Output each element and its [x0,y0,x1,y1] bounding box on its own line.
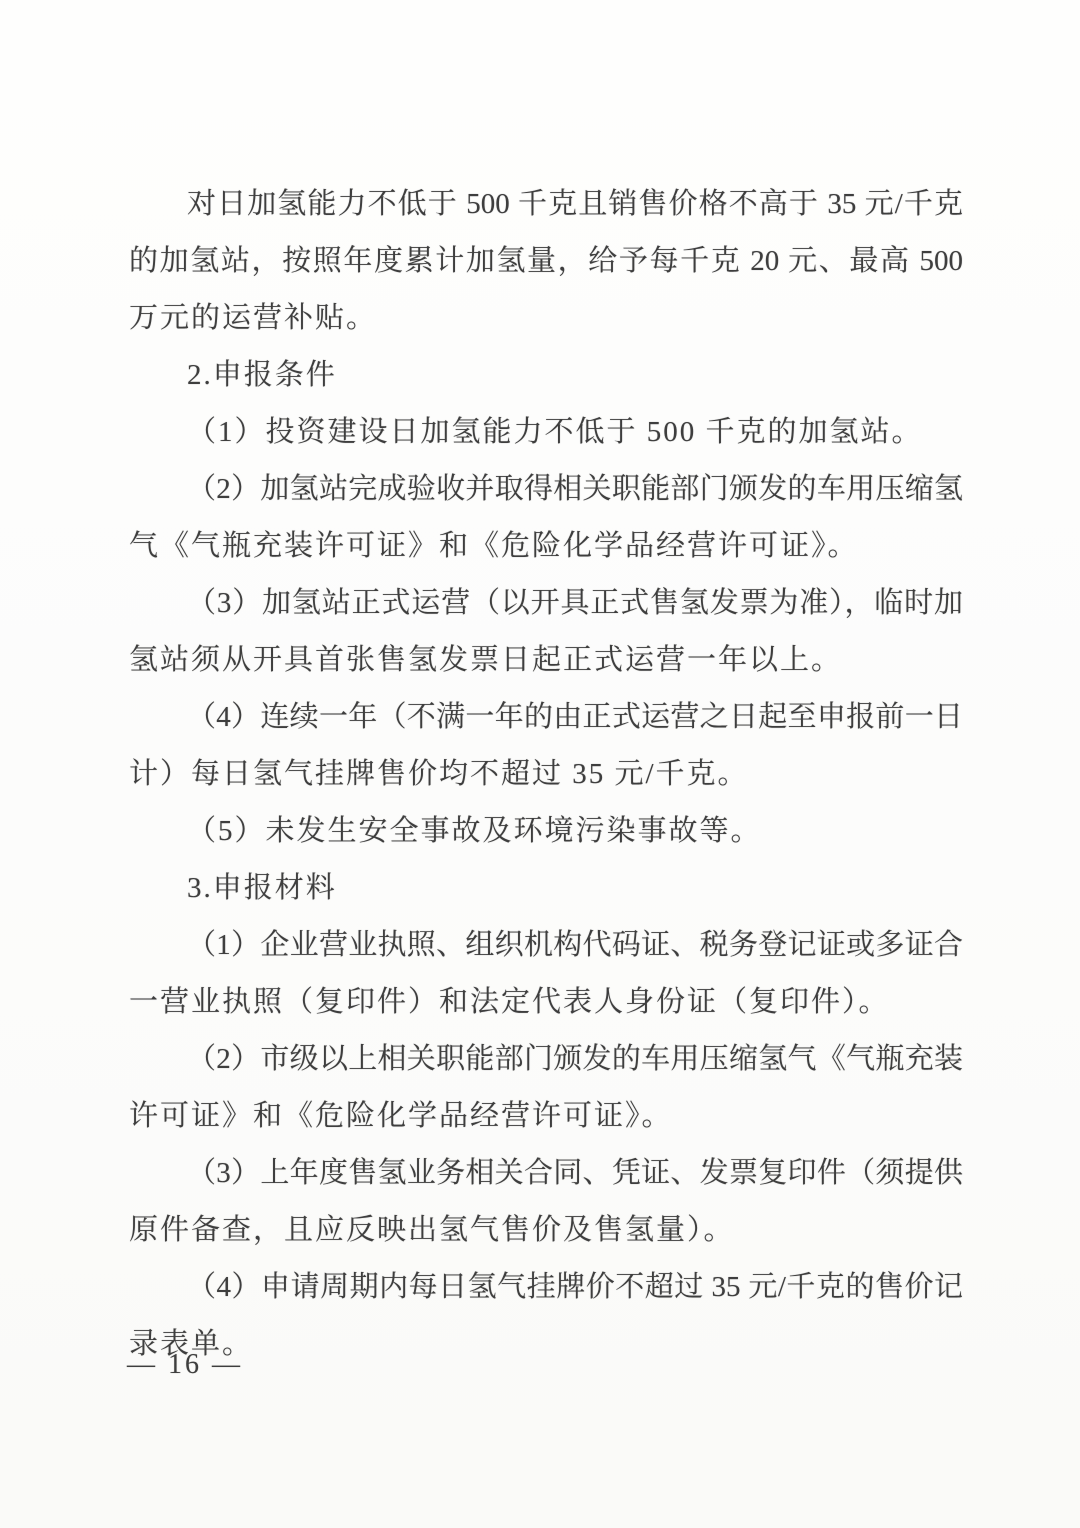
list-item-line: （4）连续一年（不满一年的由正式运营之日起至申报前一日 [129,689,963,746]
list-item-line: （5）未发生安全事故及环境污染事故等。 [129,803,963,860]
section-heading: 2.申报条件 [129,347,963,404]
list-item-line: （3）上年度售氢业务相关合同、凭证、发票复印件（须提供 [129,1145,963,1202]
section-heading: 3.申报材料 [129,860,963,917]
paragraph-line: 的加氢站，按照年度累计加氢量，给予每千克 20 元、最高 500 [129,233,963,290]
list-item-line: （2）加氢站完成验收并取得相关职能部门颁发的车用压缩氢 [129,461,963,518]
list-item-line: （3）加氢站正式运营（以开具正式售氢发票为准），临时加 [129,575,963,632]
paragraph-line: 气《气瓶充装许可证》和《危险化学品经营许可证》。 [129,518,963,575]
paragraph-line: 录表单。 [129,1316,963,1373]
list-item-line: （2）市级以上相关职能部门颁发的车用压缩氢气《气瓶充装 [129,1031,963,1088]
list-item-line: （4）申请周期内每日氢气挂牌价不超过 35 元/千克的售价记 [129,1259,963,1316]
list-item-line: （1）投资建设日加氢能力不低于 500 千克的加氢站。 [129,404,963,461]
document-body: 对日加氢能力不低于 500 千克且销售价格不高于 35 元/千克 的加氢站，按照… [129,176,963,1373]
scanned-document-page: 对日加氢能力不低于 500 千克且销售价格不高于 35 元/千克 的加氢站，按照… [0,0,1080,1528]
page-number: — 16 — [127,1349,243,1381]
paragraph-line: 原件备查，且应反映出氢气售价及售氢量）。 [129,1202,963,1259]
paragraph-line: 氢站须从开具首张售氢发票日起正式运营一年以上。 [129,632,963,689]
paragraph-line: 万元的运营补贴。 [129,290,963,347]
paragraph-line: 许可证》和《危险化学品经营许可证》。 [129,1088,963,1145]
paragraph-line: 对日加氢能力不低于 500 千克且销售价格不高于 35 元/千克 [129,176,963,233]
list-item-line: （1）企业营业执照、组织机构代码证、税务登记证或多证合 [129,917,963,974]
paragraph-line: 计）每日氢气挂牌售价均不超过 35 元/千克。 [129,746,963,803]
paragraph-line: 一营业执照（复印件）和法定代表人身份证（复印件）。 [129,974,963,1031]
